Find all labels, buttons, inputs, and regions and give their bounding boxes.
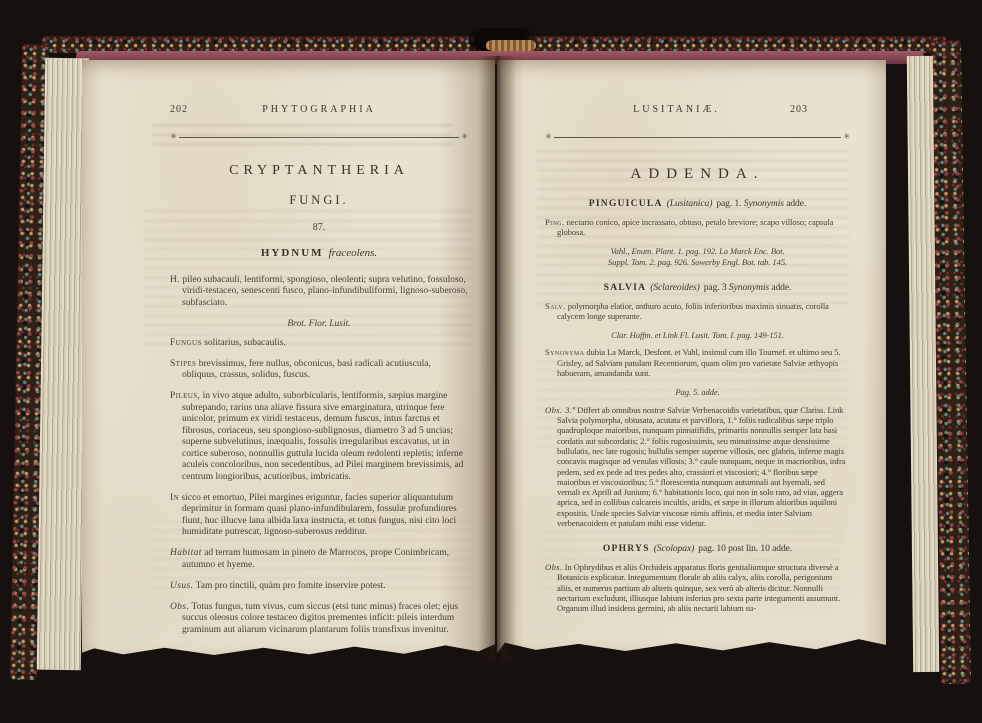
diagnosis-citation: Brot. Flor. Lusit. [170,319,468,330]
entry-note-pre: pag. 1. [716,198,743,209]
entry-note: pag. 1. Synonymis adde. [716,198,806,209]
entry-citation: Vahl., Enum. Plant. 1. pag. 192. La Marc… [545,246,850,256]
description-paragraph: Stipes brevissimus, fere nullus, obconic… [170,359,468,382]
species-heading: HYDNUMfraceolens. [170,247,468,260]
paragraph-lead: Usus. [170,581,193,591]
entry-heading-salvia: SALVIA(Sclareoides)pag. 3 Synonymis adde… [545,282,850,294]
entry-heading-pinguicula: PINGUICULA(Lusitanica)pag. 1. Synonymis … [545,198,850,210]
paragraph-text: In Ophrydibus et aliis Orchideis apparat… [557,562,840,613]
paragraph-text: Tam pro tinctili, quàm pro fomite inserv… [193,581,385,591]
paragraph-lead: In [170,493,179,503]
finis-label: FINIS. [170,662,468,674]
description-paragraph: Pileus, in vivo atque adulto, suborbicul… [170,391,468,483]
species-genus: HYDNUM [261,247,324,259]
page-stack-left-edge [37,58,90,671]
paragraph-lead: H. [170,275,180,285]
entry-note-italic: Synonymis [729,282,769,293]
rule-star-icon: ✳ [461,133,468,141]
habitat-paragraph: Habitat ad terram humosam in pineto de M… [170,548,468,571]
paragraph-lead: Salv. [545,301,566,311]
entry-note: pag. 10 post lin. 10 adde. [698,543,792,554]
entry-qualifier: (Sclareoides) [650,282,700,293]
page-number: 202 [170,104,216,116]
paragraph-lead: Ping. [545,217,565,227]
paragraph-text: Totus fungus, tum vivus, cum siccus (ets… [182,602,458,635]
paragraph-text: pileo subacauli, lentiformi, spongioso, … [180,275,467,308]
left-page: 202 PHYTOGRAPHIA ✳ ✳ CRYPTANTHERIA FUNGI… [82,60,495,661]
paragraph-lead: Fungus [170,338,202,348]
paragraph-text: in vivo atque adulto, suborbicularis, le… [182,391,463,481]
ornamental-rule: ✳ ✳ [170,133,468,141]
right-page-header: LUSITANIÆ. 203 [545,104,850,116]
entry-body: Ping. nectario conico, apice incrassato,… [545,217,850,238]
paragraph-text: Differt ab omnibus nostræ Salviæ Verbena… [557,405,845,528]
left-page-header: 202 PHYTOGRAPHIA [170,104,468,116]
right-page: LUSITANIÆ. 203 ✳ ✳ ADDENDA. PINGUICULA(L… [497,60,886,657]
entry-qualifier: (Lusitanica) [667,198,713,209]
entry-heading-ophrys: OPHRYS(Scolopax)pag. 10 post lin. 10 add… [545,543,850,555]
running-title: LUSITANIÆ. [591,104,762,116]
running-title: PHYTOGRAPHIA [216,104,422,116]
paragraph-lead: Obs. [545,562,563,572]
paragraph-text: dubia La Marck, Desfont. et Vahl, insimu… [557,347,840,378]
entry-note-pre: pag. 10 post lin. 10 adde. [698,543,792,554]
entry-genus: SALVIA [604,282,647,293]
page-note: Pag. 5. adde. [545,387,850,397]
page-number: 203 [762,104,812,116]
description-paragraph: In sicco et emortuo, Pilei margines erig… [170,493,468,539]
entry-genus: PINGUICULA [589,198,663,209]
synonyma-paragraph: Synonyma dubia La Marck, Desfont. et Vah… [545,347,850,378]
rule-star-icon: ✳ [843,133,850,141]
paragraph-lead: Obs. 3.ª [545,405,575,415]
obs-paragraph: Obs. In Ophrydibus et aliis Orchideis ap… [545,562,850,614]
entry-note: pag. 3 Synonymis adde. [704,282,792,293]
paragraph-lead: Obs. [170,602,189,612]
usus-paragraph: Usus. Tam pro tinctili, quàm pro fomite … [170,581,468,592]
paragraph-text: solitarius, subacaulis. [202,338,286,348]
entry-note-post: adde. [769,282,791,293]
entry-citation: Suppl. Tom. 2. pag. 926. Sowerby Engl. B… [545,257,850,267]
paragraph-text: nectario conico, apice incrassato, obtus… [557,217,833,237]
obs-paragraph: Obs. 3.ª Differt ab omnibus nostræ Salvi… [545,405,850,529]
paragraph-text: ad terram humosam in pineto de Marrocos,… [182,548,449,569]
rule-line [179,137,460,138]
entry-note-post: adde. [784,198,806,209]
description-paragraph: Fungus solitarius, subacaulis. [170,338,468,349]
paragraph-text: polymorpha elatior, anthuro acuto, folii… [557,301,829,321]
entry-qualifier: (Scolopax) [654,543,695,554]
headband [486,40,536,51]
addenda-title: ADDENDA. [545,165,850,183]
ornamental-rule: ✳ ✳ [545,133,850,141]
book-scan: 202 PHYTOGRAPHIA ✳ ✳ CRYPTANTHERIA FUNGI… [0,0,982,723]
entry-note-pre: pag. 3 [704,282,729,293]
entry-genus: OPHRYS [603,543,650,554]
entry-body: Salv. polymorpha elatior, anthuro acuto,… [545,301,850,322]
paragraph-lead: Habitat [170,548,202,558]
paragraph-text: sicco et emortuo, Pilei margines erigunt… [179,493,457,537]
paragraph-lead: Stipes [170,359,196,369]
paragraph-lead: Synonyma [545,347,584,357]
rule-star-icon: ✳ [170,133,177,141]
entry-citation: Clar. Hoffm. et Link Fl. Lusit. Tom. I. … [545,330,850,340]
diagnosis-paragraph: H. pileo subacauli, lentiformi, spongios… [170,275,468,309]
entry-note-italic: Synonymis [744,198,784,209]
section-subtitle: FUNGI. [170,193,468,208]
entry-number: 87. [170,222,468,234]
paragraph-text: brevissimus, fere nullus, obconicus, bas… [182,359,431,380]
obs-paragraph: Obs. Totus fungus, tum vivus, cum siccus… [170,602,468,636]
rule-star-icon: ✳ [545,133,552,141]
paragraph-lead: Pileus, [170,391,200,401]
species-epithet: fraceolens. [329,247,378,259]
section-title: CRYPTANTHERIA [170,163,468,180]
rule-line [554,137,842,138]
